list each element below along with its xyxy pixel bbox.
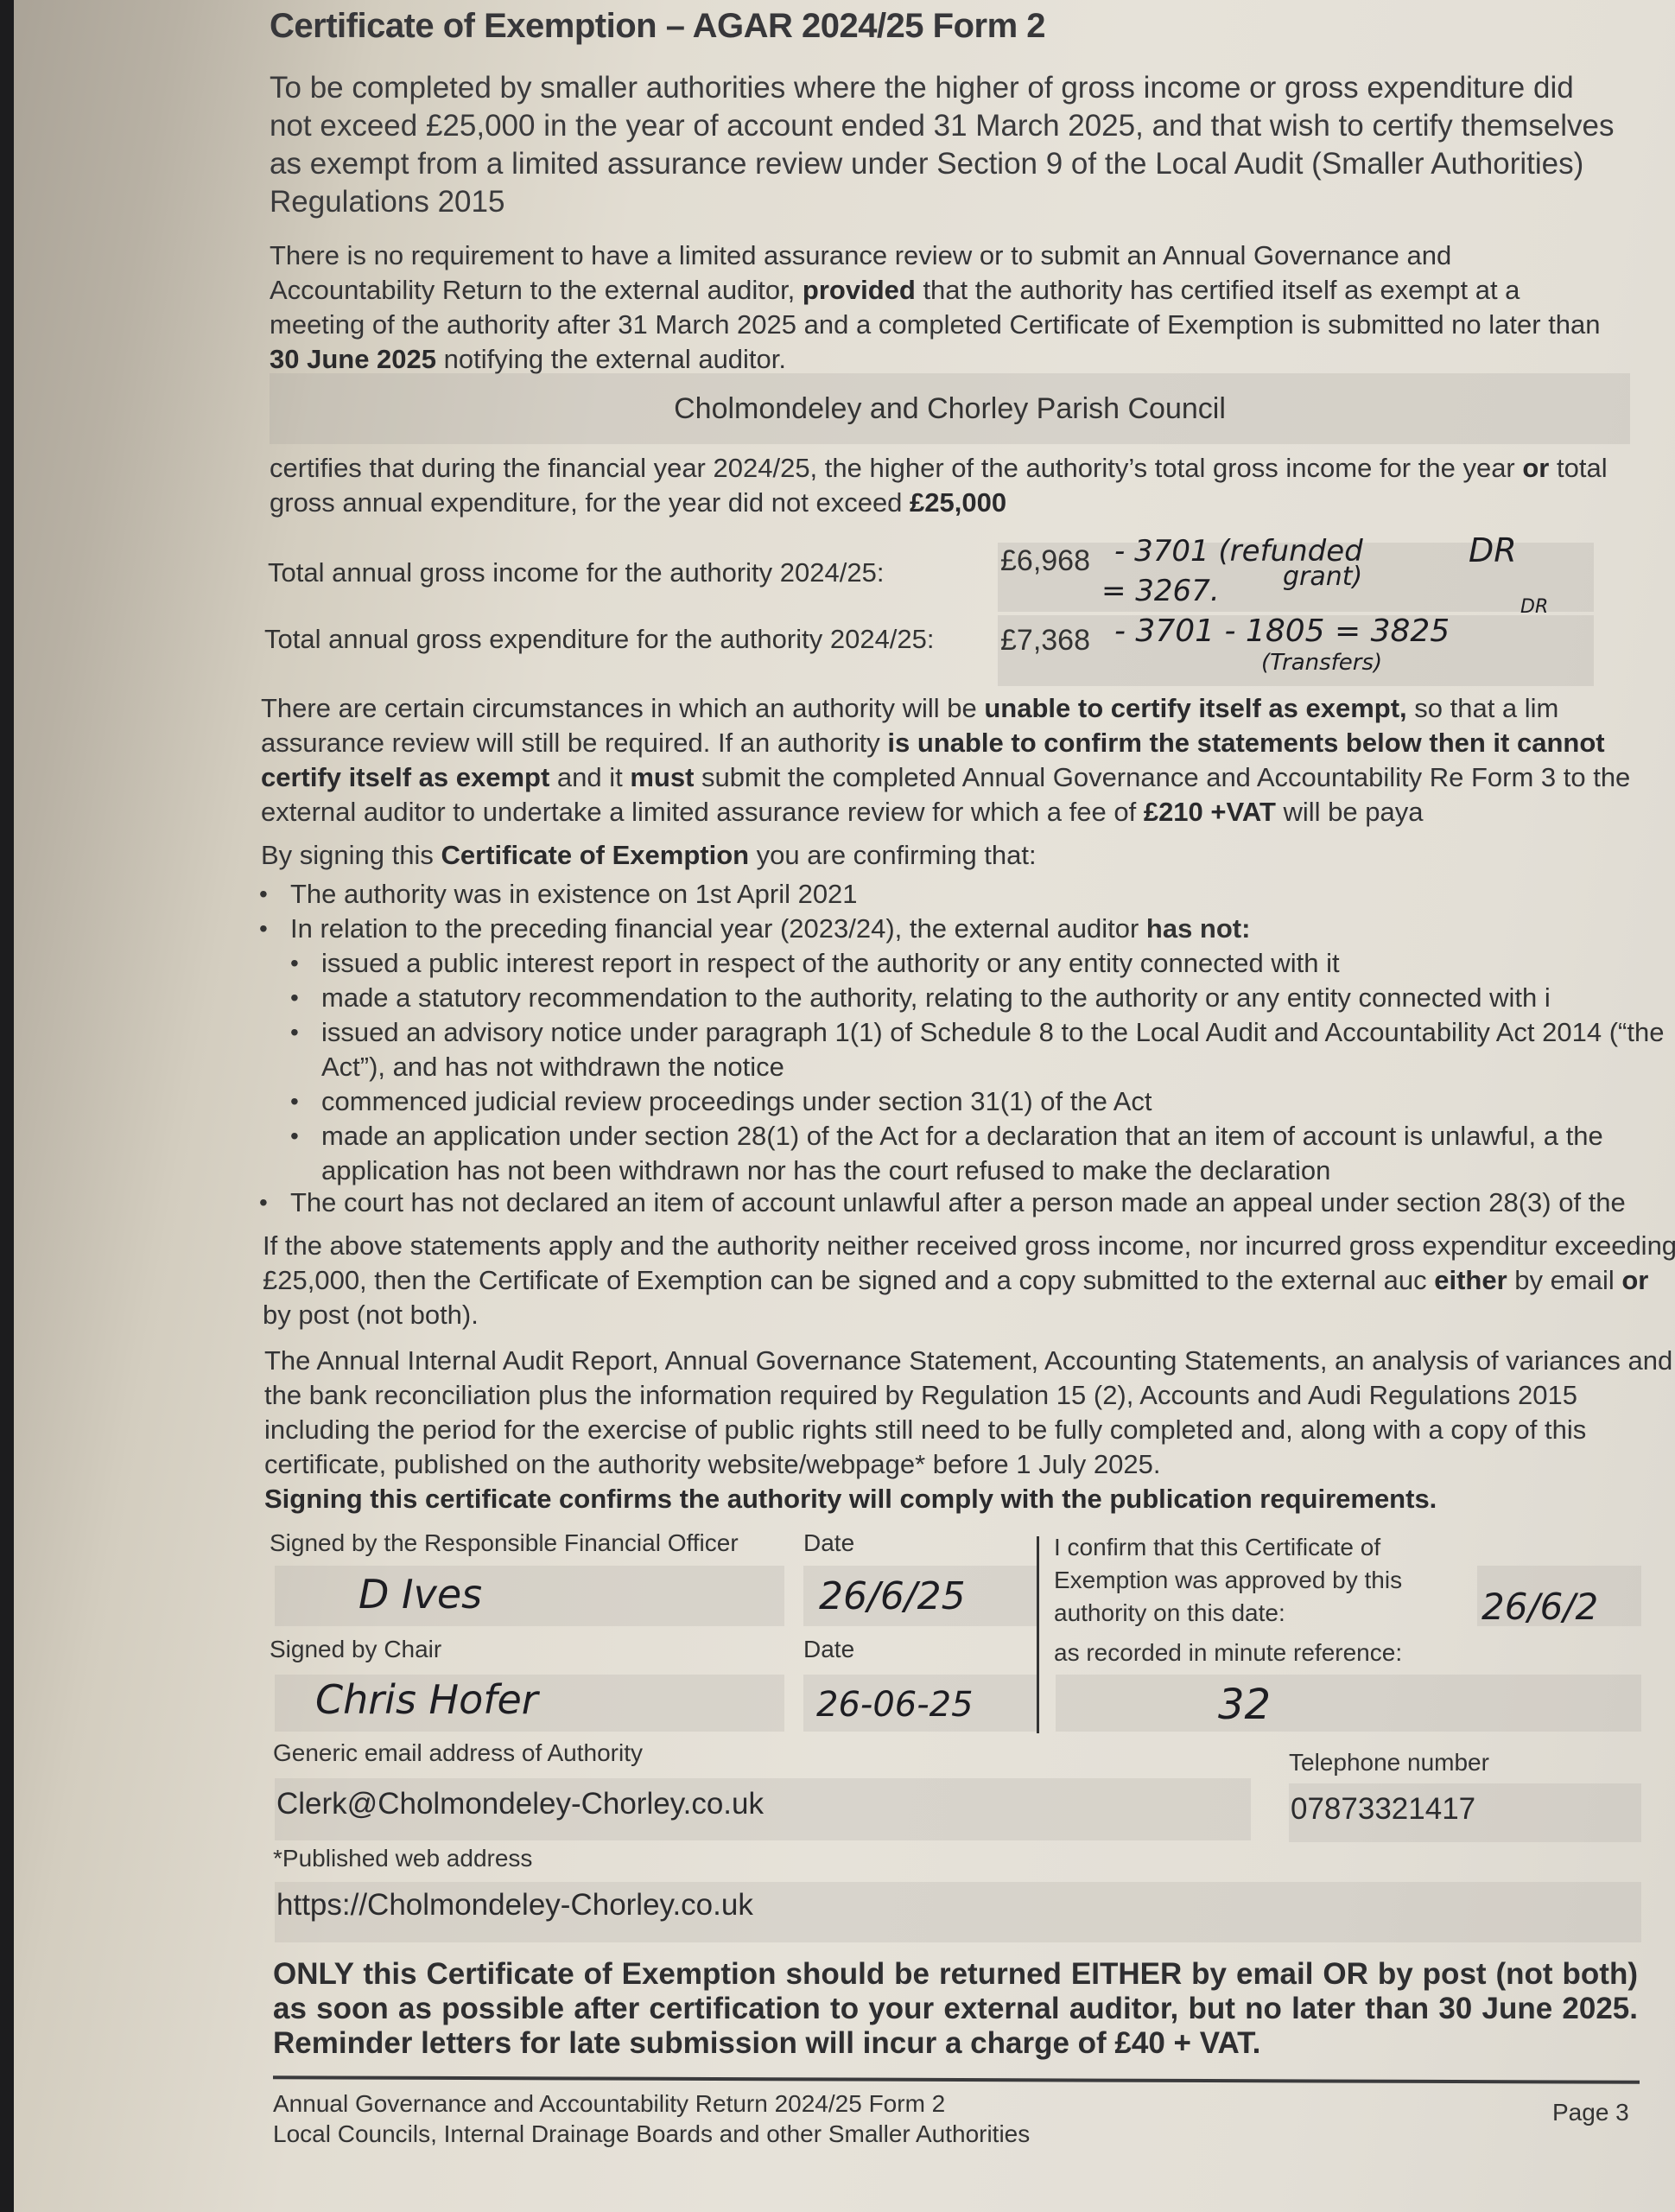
- income-handwritten-result: = 3267.: [1101, 574, 1220, 608]
- chair-label: Signed by Chair: [270, 1636, 441, 1663]
- minute-reference-field[interactable]: [1056, 1675, 1641, 1732]
- intro-paragraph: To be completed by smaller authorities w…: [270, 69, 1617, 221]
- approval-date: 26/6/2: [1481, 1586, 1598, 1628]
- signing-intro: By signing this Certificate of Exemption…: [261, 838, 1037, 873]
- expenditure-value: £7,368: [1000, 624, 1090, 658]
- sub-statement-item: made an application under section 28(1) …: [290, 1119, 1675, 1188]
- sub-statement-item: issued a public interest report in respe…: [290, 946, 1675, 981]
- expenditure-handwritten-note: (Transfers): [1261, 650, 1382, 676]
- sub-statements-list: issued a public interest report in respe…: [290, 946, 1675, 1188]
- requirement-paragraph: There is no requirement to have a limite…: [270, 238, 1617, 377]
- expenditure-margin-initials: DR: [1520, 596, 1548, 618]
- footer-line-2: Local Councils, Internal Drainage Boards…: [273, 2120, 1030, 2149]
- final-statement: The court has not declared an item of ac…: [259, 1185, 1675, 1220]
- minute-reference: 32: [1218, 1681, 1271, 1729]
- return-instructions: ONLY this Certificate of Exemption shoul…: [273, 1957, 1638, 2061]
- approval-label: I confirm that this Certificate of Exemp…: [1054, 1531, 1434, 1630]
- income-margin-initials: DR: [1469, 531, 1517, 569]
- income-value: £6,968: [1000, 544, 1090, 578]
- page-number: Page 3: [1552, 2098, 1629, 2127]
- chair-date-label: Date: [803, 1636, 854, 1663]
- minute-label: as recorded in minute reference:: [1054, 1639, 1402, 1667]
- authority-name-field: Cholmondeley and Chorley Parish Council: [270, 373, 1630, 444]
- rfo-signature-field[interactable]: [275, 1566, 784, 1626]
- statements-list: The authority was in existence on 1st Ap…: [259, 877, 1675, 946]
- income-label: Total annual gross income for the author…: [268, 557, 884, 588]
- rfo-signature: D Ives: [358, 1571, 482, 1618]
- income-handwritten-note: grant): [1283, 562, 1362, 592]
- publication-paragraph: The Annual Internal Audit Report, Annual…: [264, 1344, 1675, 1516]
- statement-item: The authority was in existence on 1st Ap…: [259, 877, 1675, 912]
- circumstances-paragraph: There are certain circumstances in which…: [261, 691, 1675, 829]
- sub-statement-item: issued an advisory notice under paragrap…: [290, 1015, 1675, 1084]
- certifies-paragraph: certifies that during the financial year…: [270, 451, 1617, 520]
- document-title: Certificate of Exemption – AGAR 2024/25 …: [270, 7, 1045, 46]
- web-value: https://Cholmondeley-Chorley.co.uk: [276, 1888, 753, 1923]
- footer-line-1: Annual Governance and Accountability Ret…: [273, 2089, 945, 2119]
- email-label: Generic email address of Authority: [273, 1739, 643, 1767]
- expenditure-label: Total annual gross expenditure for the a…: [264, 624, 935, 655]
- authority-name: Cholmondeley and Chorley Parish Council: [674, 392, 1226, 426]
- sub-statement-item: made a statutory recommendation to the a…: [290, 981, 1675, 1015]
- final-statement-list: The court has not declared an item of ac…: [259, 1185, 1675, 1220]
- rfo-date-label: Date: [803, 1529, 854, 1557]
- chair-date: 26-06-25: [816, 1685, 974, 1725]
- if-above-paragraph: If the above statements apply and the au…: [263, 1229, 1675, 1332]
- expenditure-handwritten-calc: - 3701 - 1805 = 3825: [1114, 613, 1450, 649]
- phone-value: 07873321417: [1291, 1792, 1475, 1827]
- sub-statement-item: commenced judicial review proceedings un…: [290, 1084, 1675, 1119]
- rfo-label: Signed by the Responsible Financial Offi…: [270, 1529, 739, 1557]
- email-value: Clerk@Cholmondeley-Chorley.co.uk: [276, 1787, 764, 1821]
- web-label: *Published web address: [273, 1845, 532, 1872]
- chair-signature: Chris Hofer: [315, 1676, 538, 1723]
- phone-label: Telephone number: [1289, 1749, 1489, 1777]
- rfo-date: 26/6/25: [819, 1574, 966, 1618]
- signature-divider: [1037, 1536, 1039, 1733]
- statement-item: In relation to the preceding financial y…: [259, 912, 1675, 946]
